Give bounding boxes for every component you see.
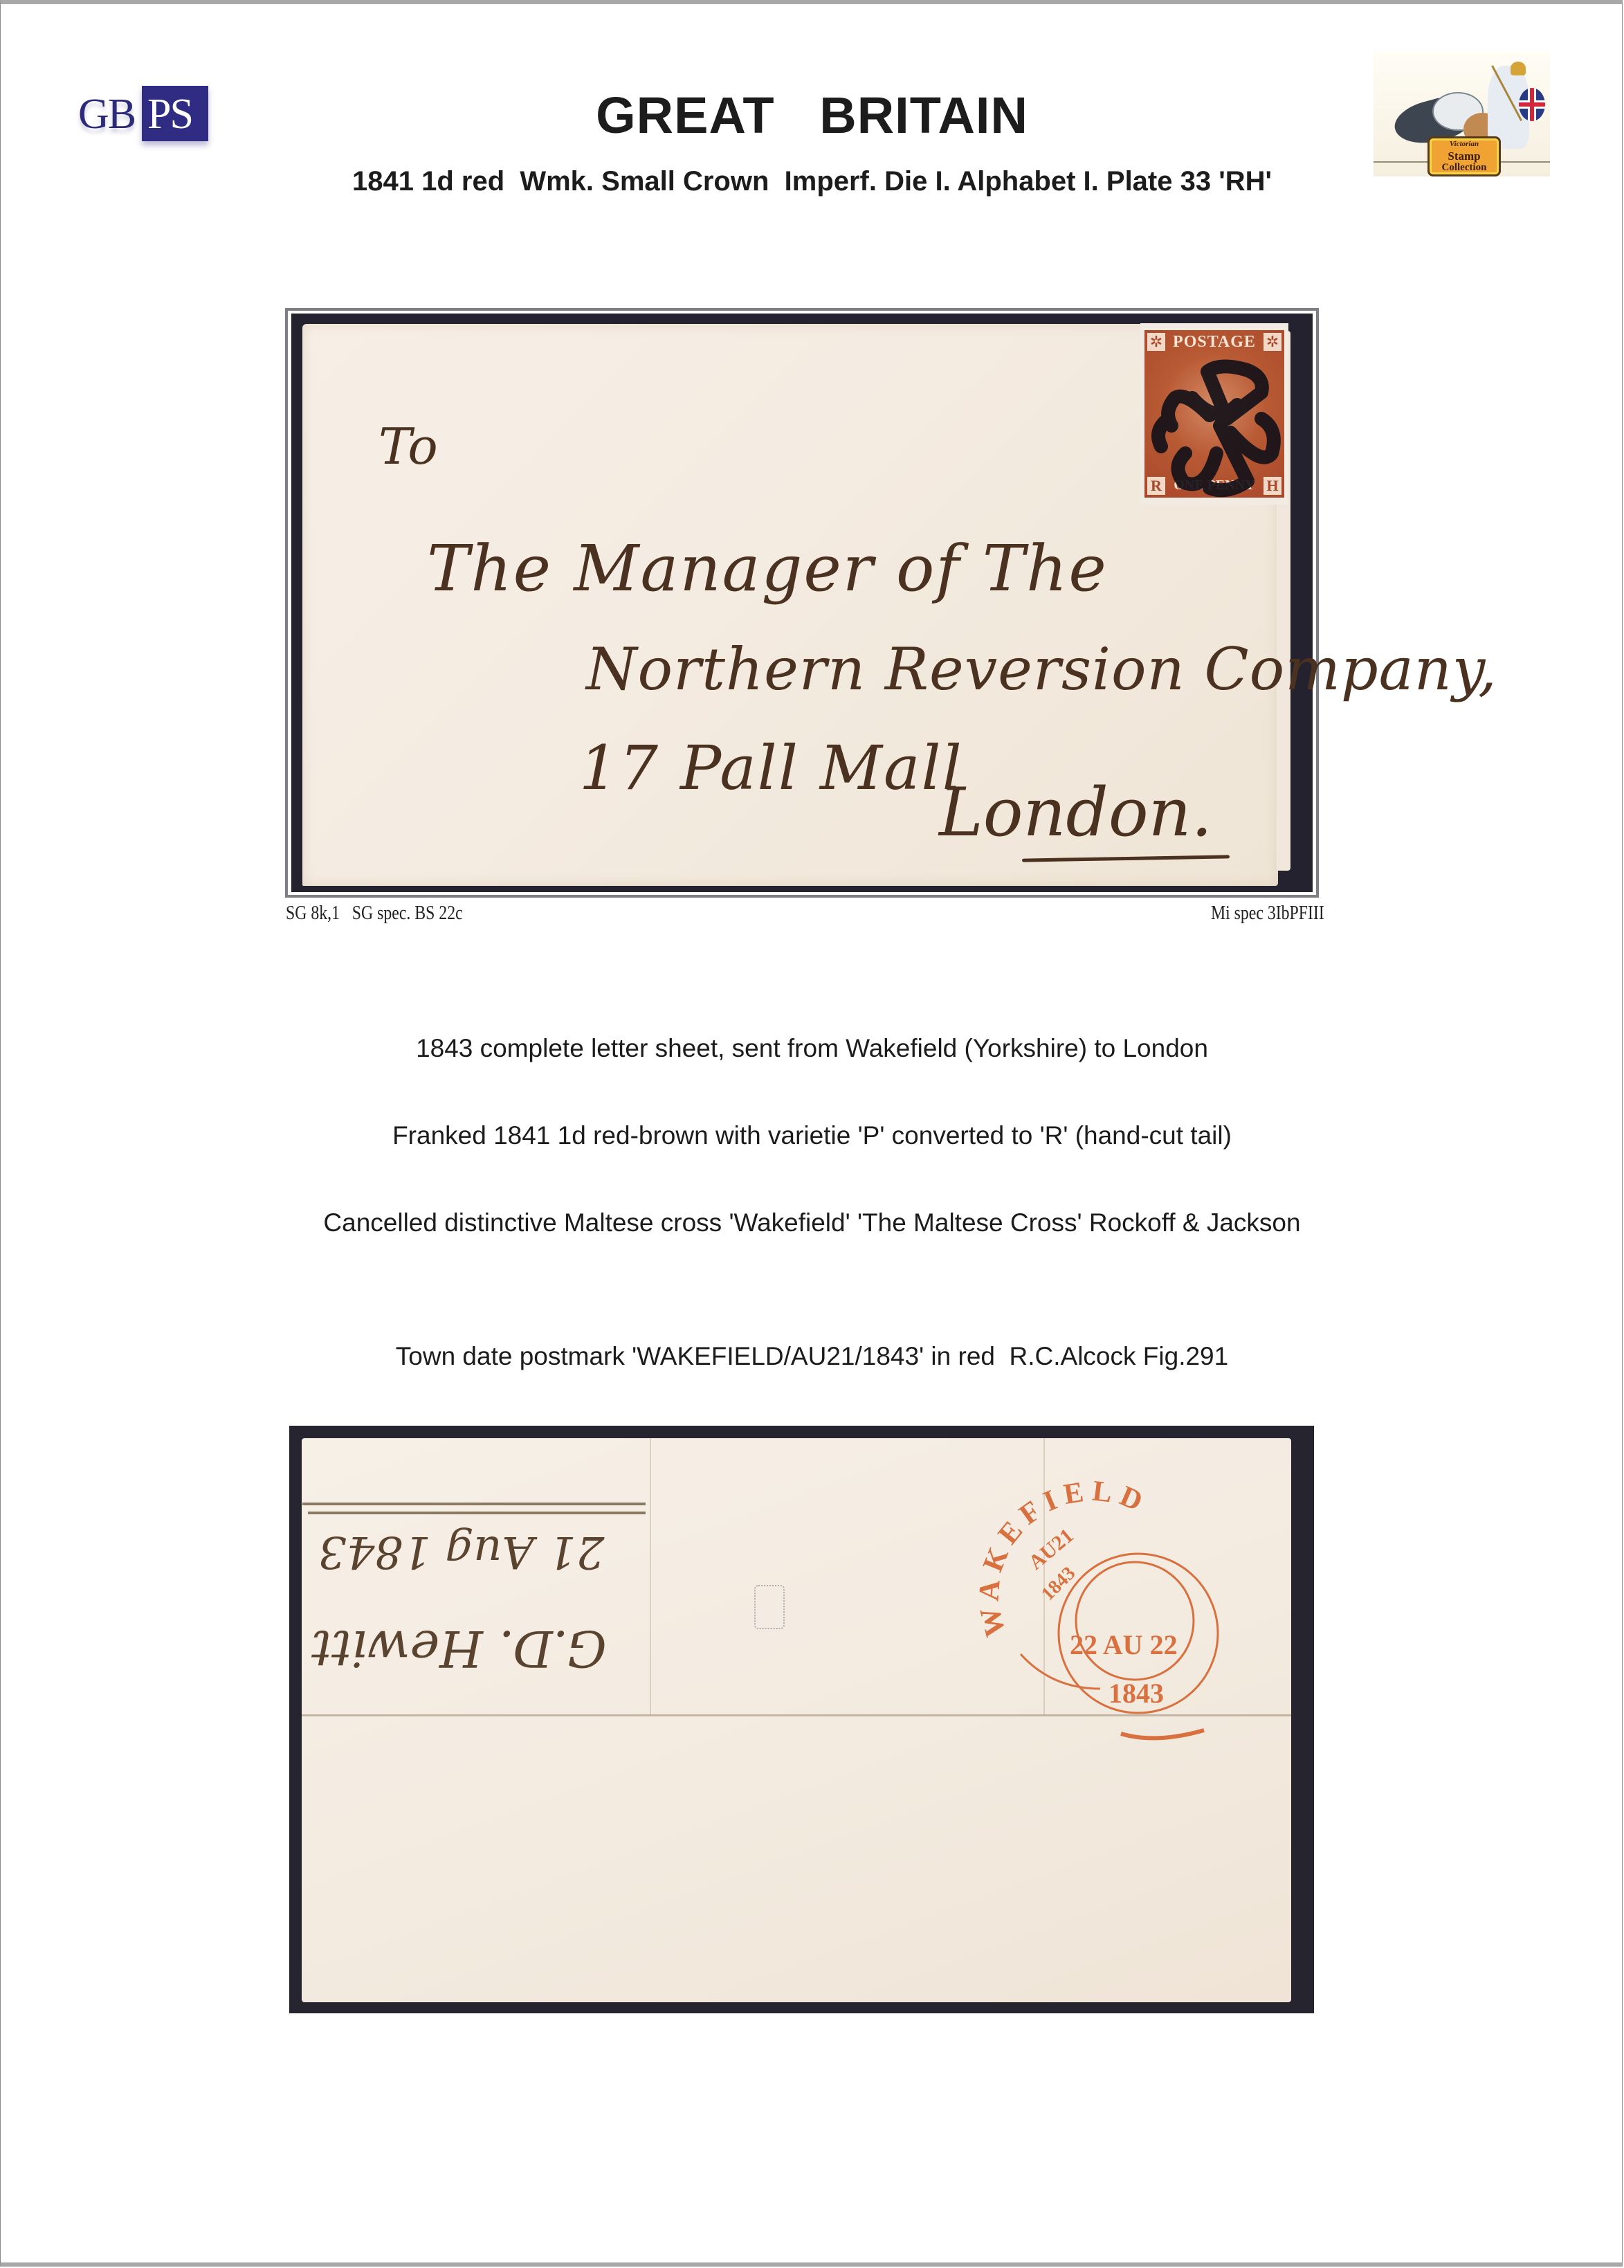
red-postmarks-icon: WAKEFIELD AU21 1843 22 AU 22 1843 [927, 1426, 1259, 1758]
town-postmark-date: AU21 [1024, 1524, 1077, 1574]
docket-rule [308, 1512, 646, 1514]
star-icon: ✲ [1147, 333, 1165, 351]
docket-rule [302, 1503, 646, 1505]
union-jack-shield-icon [1519, 88, 1545, 121]
circular-postmark-year: 1843 [1108, 1678, 1164, 1709]
description-line: Cancelled distinctive Maltese cross 'Wak… [0, 1208, 1624, 1237]
description-line: Franked 1841 1d red-brown with varietie … [0, 1121, 1624, 1150]
town-postmark-name: WAKEFIELD [973, 1475, 1153, 1640]
address-underline [1022, 855, 1230, 862]
address-line-1: The Manager of The [427, 532, 1108, 606]
address-salutation: To [378, 417, 438, 475]
cover-front-paper: To The Manager of The Northern Reversion… [302, 324, 1278, 886]
description-line: Town date postmark 'WAKEFIELD/AU21/1843'… [0, 1342, 1624, 1371]
helmet-icon [1511, 62, 1526, 75]
svg-text:WAKEFIELD: WAKEFIELD [973, 1475, 1153, 1640]
victorian-stamp-collection-logo: Victorian Stamp Collection [1374, 52, 1550, 176]
fold-line [650, 1438, 651, 1715]
cover-description: 1843 complete letter sheet, sent from Wa… [0, 976, 1624, 1267]
star-icon: ✲ [1263, 333, 1281, 351]
maltese-cross-cancel-icon [1144, 350, 1289, 498]
penny-red-stamp: POSTAGE ✲ ✲ R H ONE PENNY [1140, 323, 1288, 505]
circular-postmark-date: 22 AU 22 [1070, 1629, 1178, 1660]
seal-mark [754, 1585, 785, 1629]
catalogue-ref-michel: Mi spec 3IbPFIII [1211, 902, 1324, 925]
address-line-4: London. [939, 774, 1212, 851]
address-line-2: Northern Reversion Company, [586, 635, 1497, 703]
address-line-3: 17 Pall Mall [579, 732, 963, 804]
docket-date: 21 Aug 1843 [318, 1526, 604, 1577]
logo-plaque: Victorian Stamp Collection [1427, 136, 1501, 176]
description-line: 1843 complete letter sheet, sent from Wa… [0, 1034, 1624, 1063]
catalogue-ref-sg: SG 8k,1 SG spec. BS 22c [286, 902, 463, 925]
docket-name: G.D. Hewitt [311, 1620, 607, 1678]
